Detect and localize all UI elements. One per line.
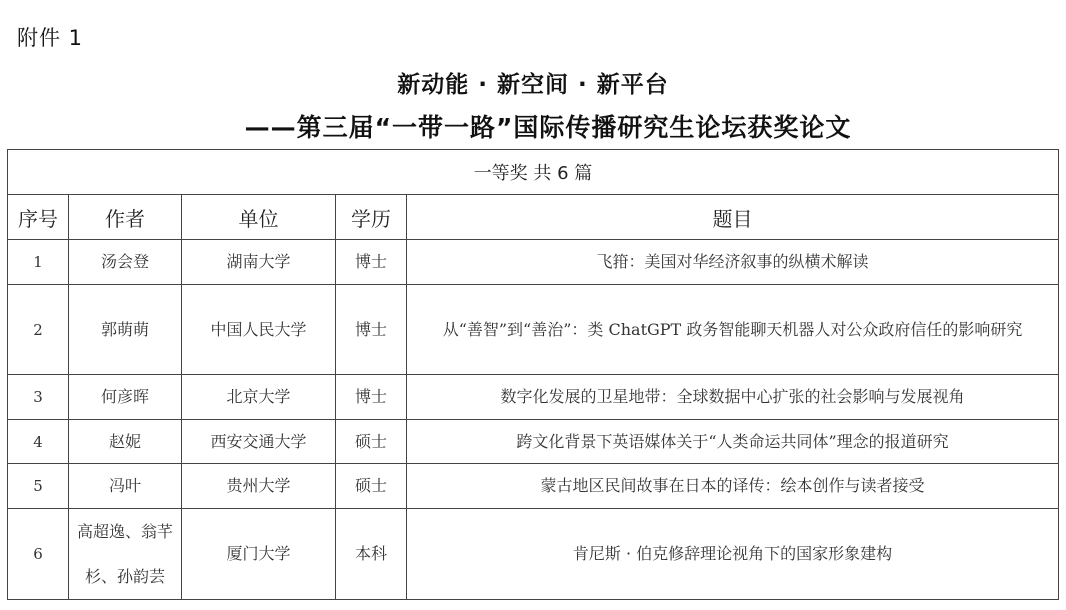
header-title: 题目 xyxy=(407,195,1059,240)
cell-seq: 6 xyxy=(8,509,69,600)
cell-author: 冯叶 xyxy=(69,464,182,509)
cell-degree: 博士 xyxy=(336,240,407,285)
table-row: 4 赵妮 西安交通大学 硕士 跨文化背景下英语媒体关于“人类命运共同体”理念的报… xyxy=(8,420,1059,464)
table-row: 2 郭萌萌 中国人民大学 博士 从“善智”到“善治”：类 ChatGPT 政务智… xyxy=(8,285,1059,375)
cell-author: 汤会登 xyxy=(69,240,182,285)
cell-title: 跨文化背景下英语媒体关于“人类命运共同体”理念的报道研究 xyxy=(407,420,1059,464)
cell-unit: 中国人民大学 xyxy=(182,285,336,375)
cell-seq: 5 xyxy=(8,464,69,509)
cell-degree: 硕士 xyxy=(336,464,407,509)
cell-unit: 西安交通大学 xyxy=(182,420,336,464)
cell-unit: 湖南大学 xyxy=(182,240,336,285)
cell-title: 从“善智”到“善治”：类 ChatGPT 政务智能聊天机器人对公众政府信任的影响… xyxy=(407,285,1059,375)
document-title: 新动能 · 新空间 · 新平台 xyxy=(0,66,1066,99)
cell-author: 高超逸、翁芊杉、孙韵芸 xyxy=(69,509,182,600)
cell-seq: 4 xyxy=(8,420,69,464)
cell-unit: 北京大学 xyxy=(182,375,336,420)
document-subtitle: ——第三届“一带一路”国际传播研究生论坛获奖论文 xyxy=(0,108,1066,144)
award-category-caption: 一等奖 共 6 篇 xyxy=(8,150,1059,195)
cell-seq: 3 xyxy=(8,375,69,420)
cell-degree: 本科 xyxy=(336,509,407,600)
cell-title: 飞箝：美国对华经济叙事的纵横术解读 xyxy=(407,240,1059,285)
cell-title: 蒙古地区民间故事在日本的译传：绘本创作与读者接受 xyxy=(407,464,1059,509)
cell-author: 赵妮 xyxy=(69,420,182,464)
header-seq: 序号 xyxy=(8,195,69,240)
header-author: 作者 xyxy=(69,195,182,240)
cell-title: 数字化发展的卫星地带：全球数据中心扩张的社会影响与发展视角 xyxy=(407,375,1059,420)
cell-seq: 1 xyxy=(8,240,69,285)
cell-unit: 厦门大学 xyxy=(182,509,336,600)
table-caption-row: 一等奖 共 6 篇 xyxy=(8,150,1059,195)
header-unit: 单位 xyxy=(182,195,336,240)
cell-unit: 贵州大学 xyxy=(182,464,336,509)
cell-seq: 2 xyxy=(8,285,69,375)
cell-author: 何彦晖 xyxy=(69,375,182,420)
attachment-label: 附件 1 xyxy=(17,22,83,52)
table-row: 3 何彦晖 北京大学 博士 数字化发展的卫星地带：全球数据中心扩张的社会影响与发… xyxy=(8,375,1059,420)
cell-author: 郭萌萌 xyxy=(69,285,182,375)
cell-degree: 博士 xyxy=(336,285,407,375)
cell-title: 肯尼斯 · 伯克修辞理论视角下的国家形象建构 xyxy=(407,509,1059,600)
award-table: 一等奖 共 6 篇 序号 作者 单位 学历 题目 1 汤会登 湖南大学 博士 飞… xyxy=(7,149,1059,600)
table-row: 1 汤会登 湖南大学 博士 飞箝：美国对华经济叙事的纵横术解读 xyxy=(8,240,1059,285)
table-row: 5 冯叶 贵州大学 硕士 蒙古地区民间故事在日本的译传：绘本创作与读者接受 xyxy=(8,464,1059,509)
cell-degree: 硕士 xyxy=(336,420,407,464)
table-row: 6 高超逸、翁芊杉、孙韵芸 厦门大学 本科 肯尼斯 · 伯克修辞理论视角下的国家… xyxy=(8,509,1059,600)
cell-degree: 博士 xyxy=(336,375,407,420)
table-header-row: 序号 作者 单位 学历 题目 xyxy=(8,195,1059,240)
header-degree: 学历 xyxy=(336,195,407,240)
